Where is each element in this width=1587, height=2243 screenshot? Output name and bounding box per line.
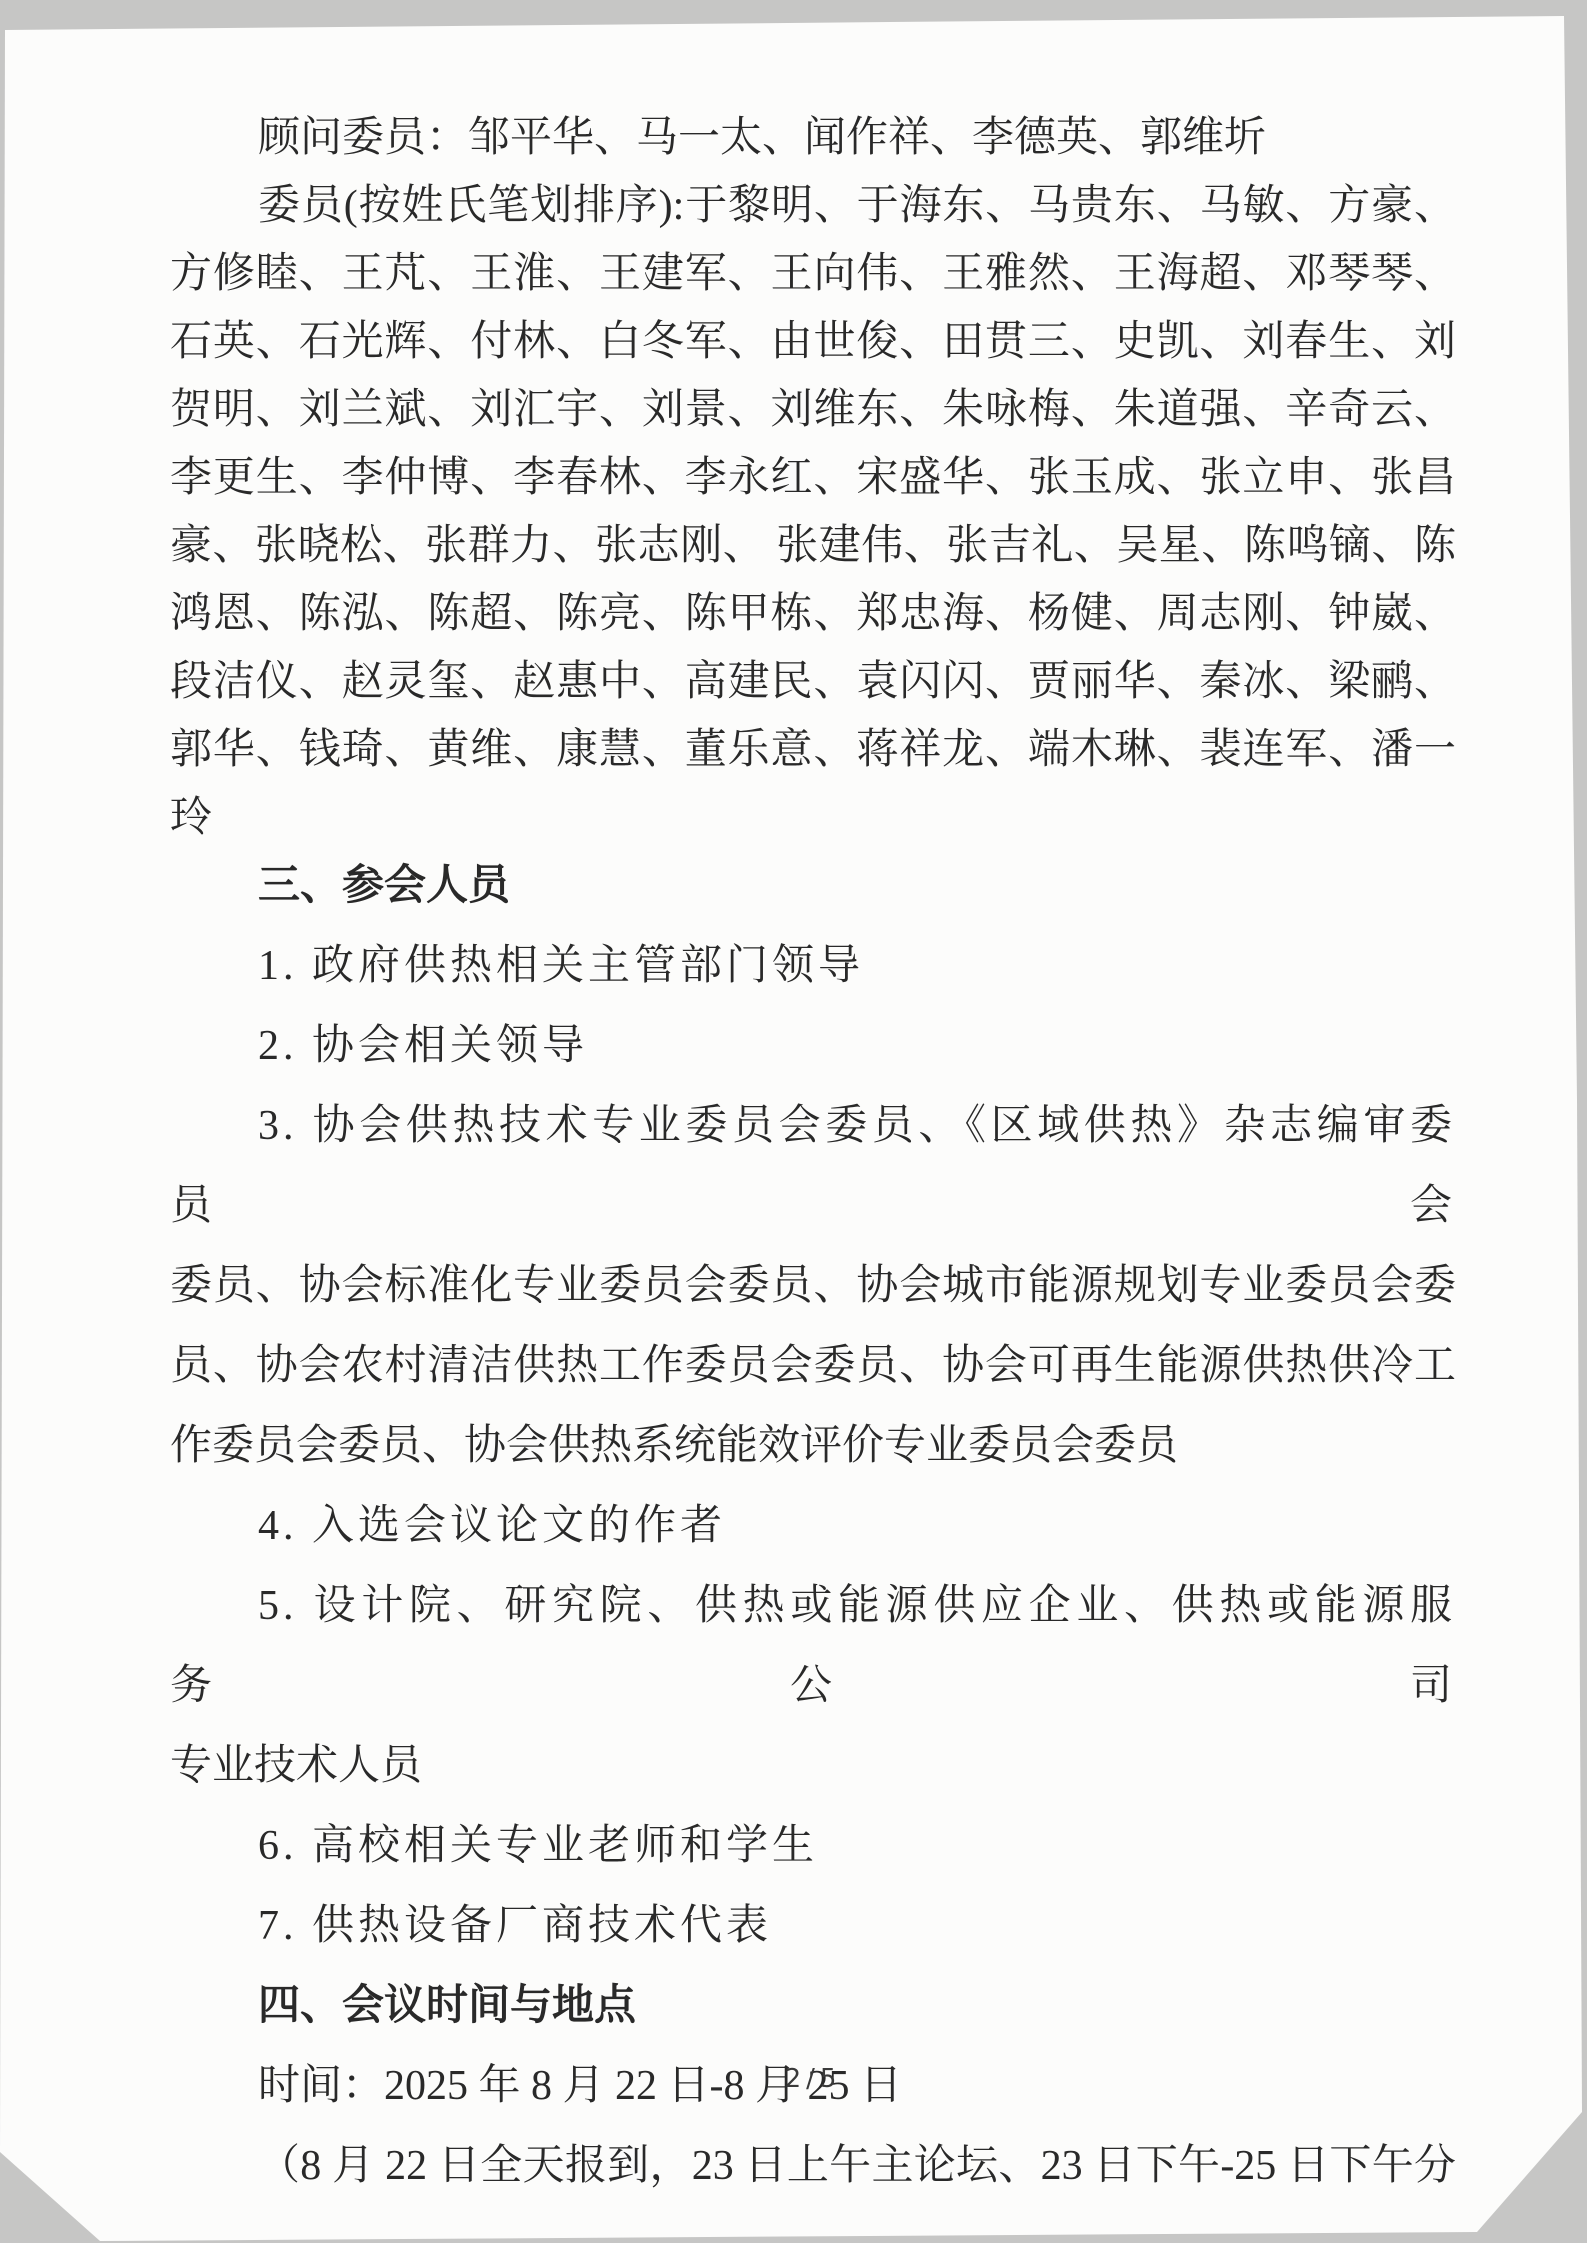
document-page: 顾问委员：邹平华、马一太、闻作祥、李德英、郭维圻 委员(按姓氏笔划排序):于黎明… [0,0,1587,2243]
text-line: 委员(按姓氏笔划排序):于黎明、于海东、马贵东、马敏、方豪、 [170,172,1456,240]
section-heading: 四、会议时间与地点 [170,1966,1456,2046]
text-line: 方修睦、王芃、王淮、王建军、王向伟、王雅然、王海超、邓琴琴、 [170,240,1456,308]
text-line: 豪、张晓松、张群力、张志刚、 张建伟、张吉礼、吴星、陈鸣镝、陈 [170,512,1456,580]
list-item: 1. 政府供热相关主管部门领导 [170,926,1456,1006]
list-item: 5. 设计院、研究院、供热或能源供应企业、供热或能源服务公司 [170,1566,1456,1726]
text-line: 郭华、钱琦、黄维、康慧、董乐意、蒋祥龙、端木琳、裴连军、潘一 [170,716,1456,784]
text-line: 专业技术人员 [170,1726,1456,1806]
text-line: 玲 [170,784,1456,852]
text-line: 鸿恩、陈泓、陈超、陈亮、陈甲栋、郑忠海、杨健、周志刚、钟崴、 [170,580,1456,648]
participants-section: 三、参会人员 1. 政府供热相关主管部门领导 2. 协会相关领导 3. 协会供热… [170,846,1456,2206]
text-line: 员、协会农村清洁供热工作委员会委员、协会可再生能源供热供冷工 [170,1326,1456,1406]
committee-name-list: 顾问委员：邹平华、马一太、闻作祥、李德英、郭维圻 委员(按姓氏笔划排序):于黎明… [170,104,1456,852]
list-item: 2. 协会相关领导 [170,1006,1456,1086]
text-line: 段洁仪、赵灵玺、赵惠中、高建民、袁闪闪、贾丽华、秦冰、梁鹂、 [170,648,1456,716]
page-number: 2/5 [170,2064,1456,2094]
text-line: 贺明、刘兰斌、刘汇宇、刘景、刘维东、朱咏梅、朱道强、辛奇云、 [170,376,1456,444]
text-line: 李更生、李仲博、李春林、李永红、宋盛华、张玉成、张立申、张昌 [170,444,1456,512]
text-line: 顾问委员：邹平华、马一太、闻作祥、李德英、郭维圻 [170,104,1456,172]
list-item: 3. 协会供热技术专业委员会委员、《区域供热》杂志编审委员会 [170,1086,1456,1246]
text-line: 委员、协会标准化专业委员会委员、协会城市能源规划专业委员会委 [170,1246,1456,1326]
text-line: 作委员会委员、协会供热系统能效评价专业委员会委员 [170,1406,1456,1486]
list-item: 4. 入选会议论文的作者 [170,1486,1456,1566]
section-heading: 三、参会人员 [170,846,1456,926]
text-line: （8 月 22 日全天报到，23 日上午主论坛、23 日下午-25 日下午分 [170,2126,1456,2206]
list-item: 7. 供热设备厂商技术代表 [170,1886,1456,1966]
list-item: 6. 高校相关专业老师和学生 [170,1806,1456,1886]
scan-background: 顾问委员：邹平华、马一太、闻作祥、李德英、郭维圻 委员(按姓氏笔划排序):于黎明… [0,0,1587,2243]
text-line: 石英、石光辉、付林、白冬军、由世俊、田贯三、史凯、刘春生、刘 [170,308,1456,376]
